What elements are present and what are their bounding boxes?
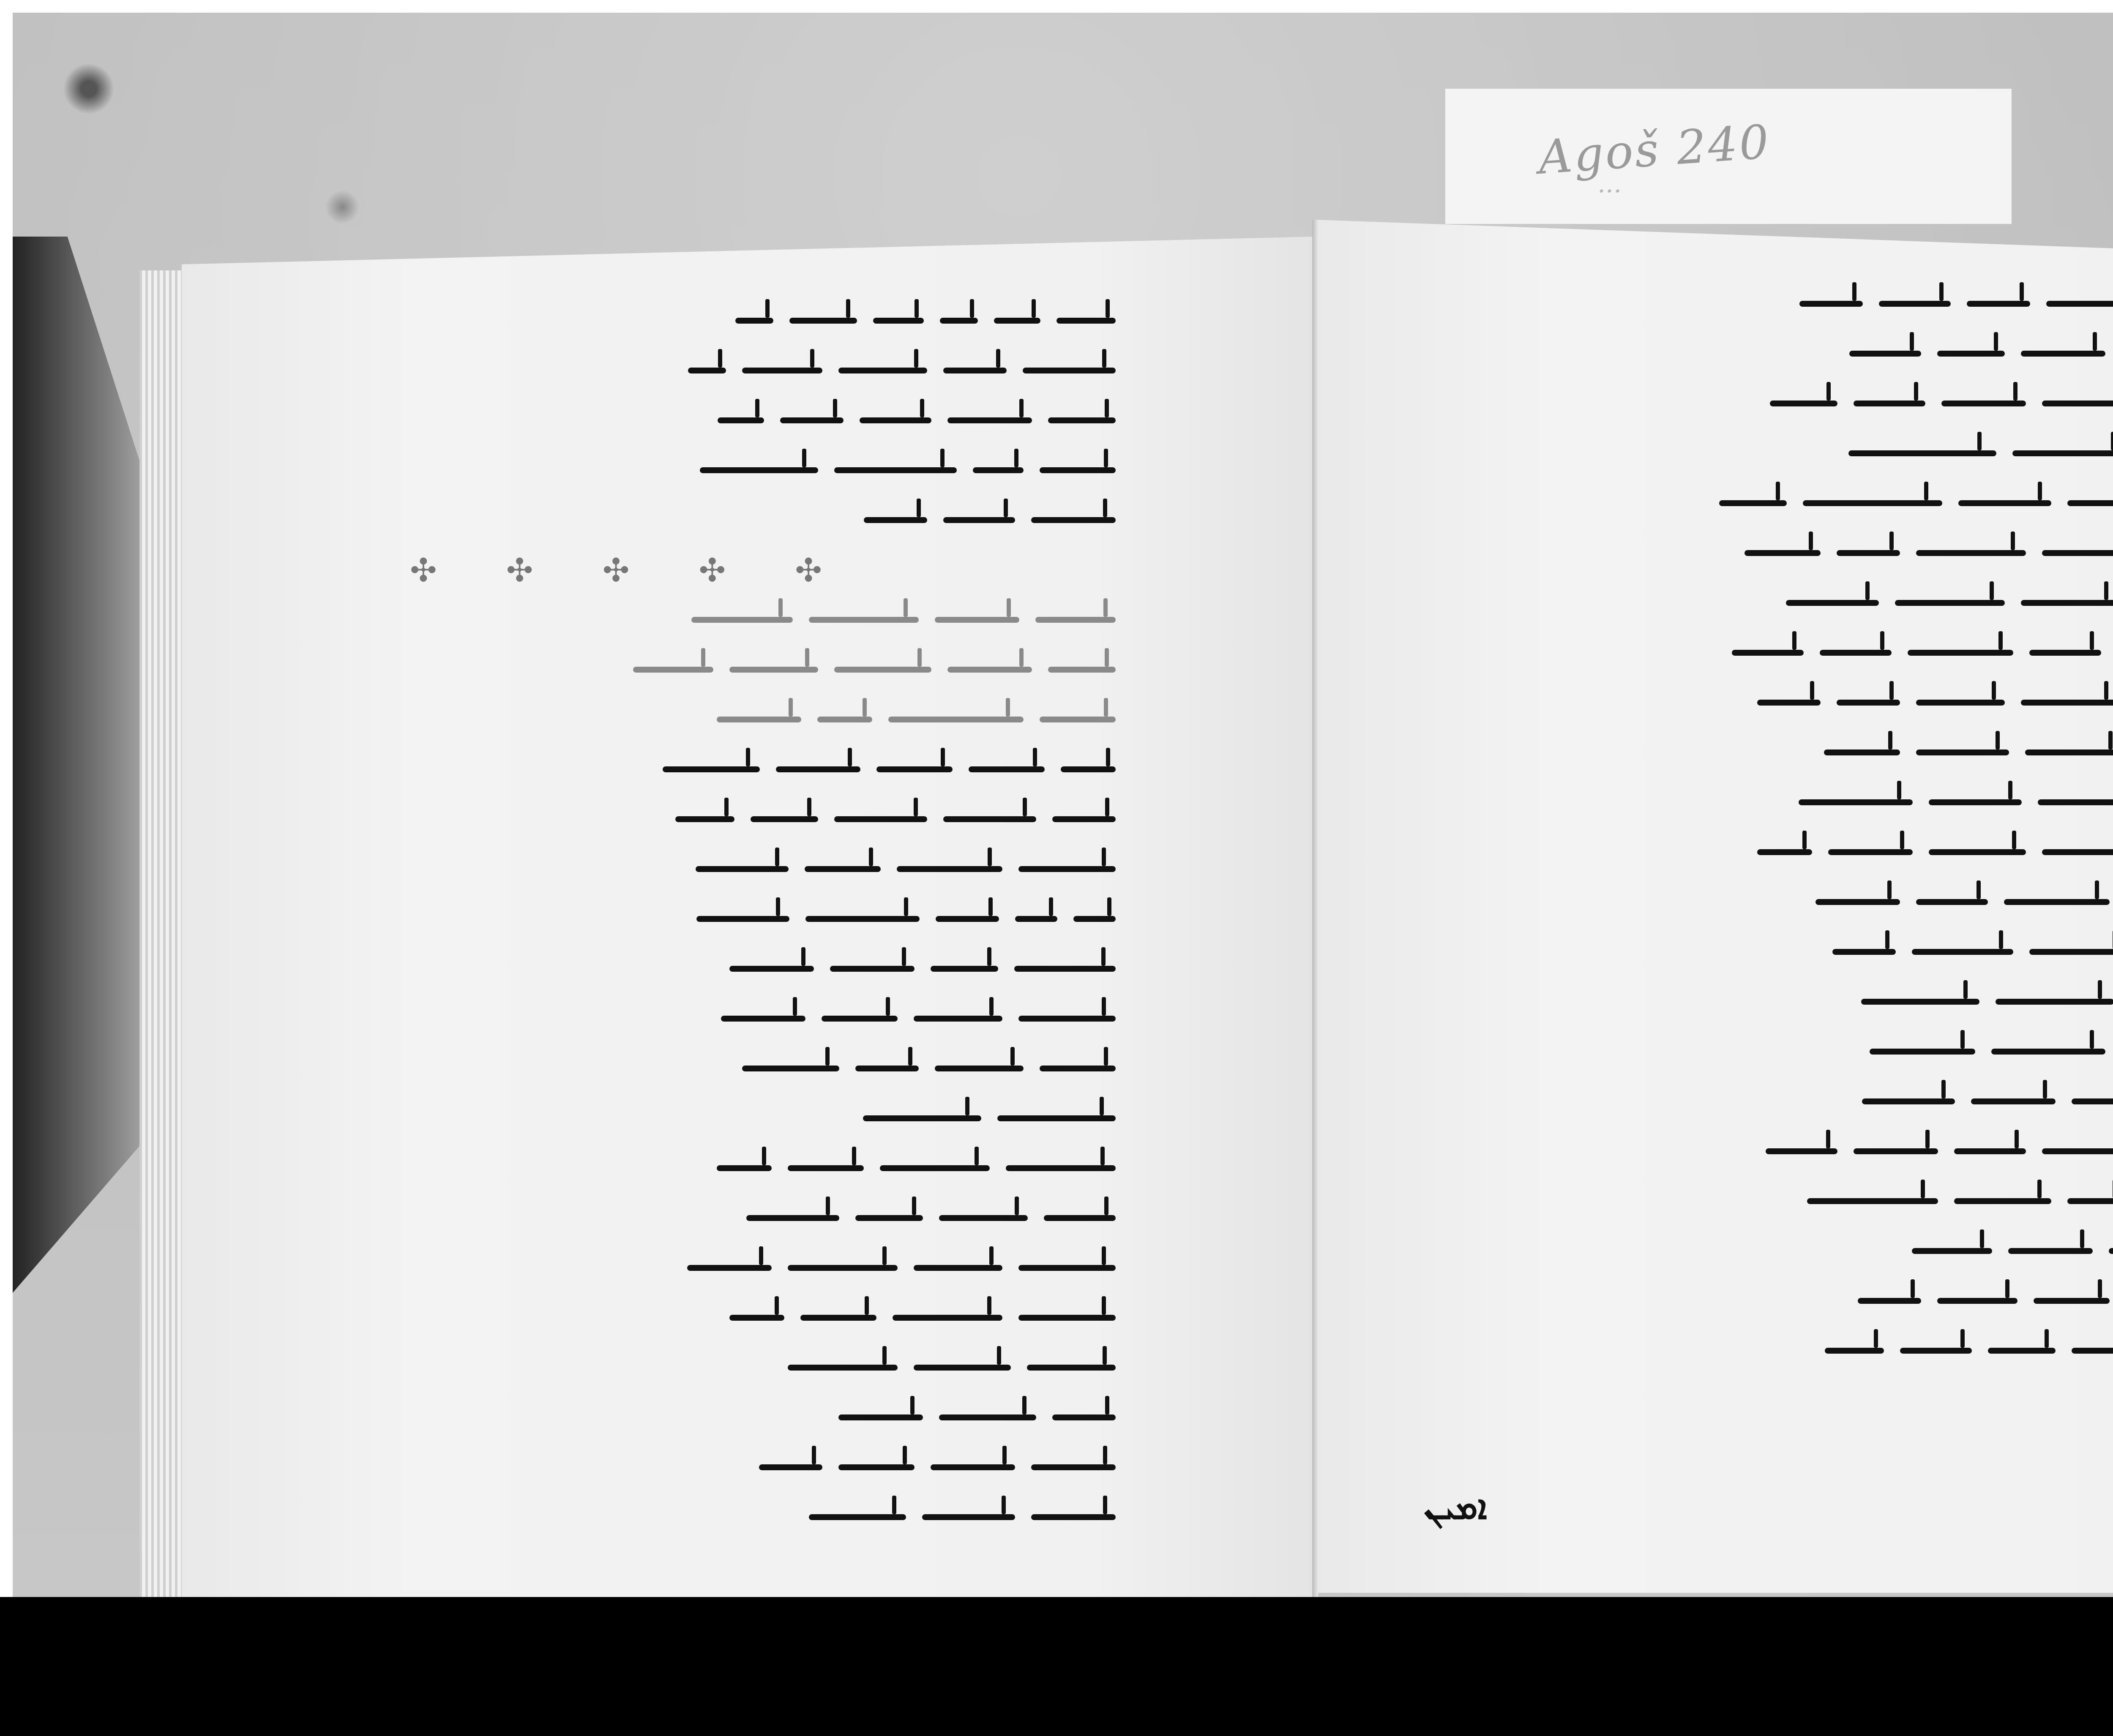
script-word: [935, 1066, 1024, 1071]
manuscript-line: [410, 1343, 1116, 1393]
script-word: [1908, 650, 2013, 656]
script-word: [1015, 916, 1057, 922]
script-word: [1820, 650, 1892, 656]
shelfmark-text: Agoš 240: [1537, 114, 1772, 185]
script-word: [947, 667, 1032, 673]
script-word: [1040, 467, 1116, 473]
manuscript-line: [1407, 528, 2113, 578]
manuscript-line: [410, 445, 1116, 495]
manuscript-line: [1407, 728, 2113, 777]
manuscript-line: [410, 744, 1116, 794]
manuscript-line: [410, 994, 1116, 1044]
script-word: [1757, 849, 1812, 855]
script-word: [729, 966, 814, 972]
script-word: [1023, 368, 1116, 373]
script-word: [935, 617, 1019, 623]
manuscript-line: [1407, 977, 2113, 1027]
script-word: [838, 1464, 915, 1470]
script-word: [914, 1365, 1011, 1371]
script-word: [1954, 1198, 2051, 1204]
script-word: [691, 617, 793, 623]
script-word: [1056, 318, 1116, 324]
script-word: [2034, 1298, 2110, 1304]
script-word: [742, 1066, 839, 1071]
script-word: [696, 916, 789, 922]
script-word: [1958, 500, 2051, 506]
manuscript-line: [1407, 927, 2113, 977]
manuscript-line: [1407, 329, 2113, 379]
manuscript-line: [410, 395, 1116, 445]
script-word: [947, 417, 1032, 423]
script-word: [939, 1215, 1028, 1221]
script-word: [855, 1215, 923, 1221]
manuscript-line: [1407, 428, 2113, 478]
script-word: [897, 866, 1002, 872]
script-word: [1858, 1298, 1921, 1304]
script-word: [1815, 899, 1900, 905]
script-word: [940, 318, 978, 324]
script-word: [939, 1414, 1036, 1420]
manuscript-line: [1407, 777, 2113, 827]
script-word: [2029, 949, 2113, 955]
script-word: [809, 1514, 906, 1520]
script-word: [943, 368, 1007, 373]
script-word: [696, 866, 789, 872]
script-word: [1854, 1148, 1938, 1154]
script-word: [1848, 450, 1996, 456]
script-word: [2021, 700, 2113, 706]
script-word: [2067, 500, 2113, 506]
script-word: [1018, 866, 1116, 872]
script-word: [2038, 799, 2113, 805]
script-word: [1988, 1348, 2056, 1354]
script-word: [2072, 1348, 2113, 1354]
manuscript-line: [410, 645, 1116, 695]
manuscript-line: [1407, 877, 2113, 927]
script-word: [1937, 351, 2005, 357]
right-page-text-block: [1407, 279, 2113, 1376]
script-word: [943, 517, 1015, 523]
script-word: [718, 417, 764, 423]
script-word: [2072, 1098, 2113, 1104]
manuscript-line: [410, 495, 1116, 545]
script-word: [1937, 1298, 2017, 1304]
script-word: [742, 368, 822, 373]
manuscript-line: [410, 595, 1116, 645]
script-word: [931, 1464, 1015, 1470]
script-word: [1861, 999, 1979, 1005]
script-word: [834, 816, 927, 822]
script-word: [969, 766, 1045, 772]
script-word: [1018, 1315, 1116, 1321]
manuscript-line: [410, 1193, 1116, 1243]
script-word: [936, 916, 999, 922]
script-word: [817, 717, 872, 722]
script-word: [746, 1215, 839, 1221]
script-word: [1044, 1215, 1116, 1221]
script-word: [2021, 600, 2113, 606]
script-word: [759, 1464, 822, 1470]
script-word: [914, 1016, 1002, 1022]
left-page-text-block: ✣ ✣ ✣ ✣ ✣: [410, 296, 1116, 1542]
manuscript-line: [410, 1442, 1116, 1492]
script-word: [1954, 1148, 2026, 1154]
script-word: [788, 1365, 898, 1371]
script-word: [789, 318, 857, 324]
script-word: [1770, 401, 1837, 406]
manuscript-line: [410, 1093, 1116, 1143]
script-word: [1031, 517, 1116, 523]
manuscript-line: [1407, 1276, 2113, 1326]
script-word: [863, 1115, 981, 1121]
script-word: [1018, 1016, 1116, 1022]
book-gutter: [1312, 220, 1318, 1622]
script-word: [1061, 766, 1116, 772]
manuscript-line: [410, 1243, 1116, 1293]
script-word: [994, 318, 1040, 324]
script-word: [687, 1265, 772, 1271]
script-word: [735, 318, 773, 324]
script-word: [1052, 1414, 1116, 1420]
script-word: [1967, 301, 2030, 307]
script-word: [1971, 1098, 2056, 1104]
manuscript-line: [410, 1293, 1116, 1343]
script-word: [1048, 667, 1116, 673]
script-word: [1035, 617, 1116, 623]
script-word: [880, 1165, 990, 1171]
script-word: [1040, 717, 1116, 722]
script-word: [780, 417, 844, 423]
script-word: [876, 766, 953, 772]
script-word: [838, 1414, 923, 1420]
script-word: [855, 1066, 919, 1071]
script-word: [1996, 999, 2113, 1005]
script-word: [788, 1165, 864, 1171]
script-word: [2067, 1198, 2113, 1204]
script-word: [2029, 650, 2101, 656]
script-word: [2004, 899, 2110, 905]
script-word: [1837, 550, 1900, 556]
script-word: [1862, 1098, 1955, 1104]
script-word: [2042, 849, 2113, 855]
photo-border-bottom: [0, 1597, 2113, 1736]
script-word: [1031, 1514, 1116, 1520]
script-word: [809, 617, 919, 623]
script-word: [1073, 916, 1116, 922]
script-word: [1895, 600, 2005, 606]
script-word: [2042, 401, 2113, 406]
manuscript-line: [1407, 478, 2113, 528]
script-word: [717, 1165, 772, 1171]
script-word: [1799, 301, 1863, 307]
script-word: [805, 916, 920, 922]
manuscript-line: [410, 1492, 1116, 1542]
script-word: [1870, 1049, 1975, 1055]
script-word: [1048, 417, 1116, 423]
script-word: [1018, 1265, 1116, 1271]
script-word: [943, 816, 1036, 822]
manuscript-line: [1407, 628, 2113, 678]
manuscript-line: [410, 894, 1116, 944]
script-word: [864, 517, 927, 523]
script-word: [1766, 1148, 1837, 1154]
manuscript-line: [1407, 1126, 2113, 1176]
script-word: [1916, 550, 2026, 556]
manuscript-line: [1407, 379, 2113, 428]
script-word: [1732, 650, 1804, 656]
script-word: [2025, 749, 2113, 755]
manuscript-line: [410, 346, 1116, 395]
script-word: [931, 966, 998, 972]
script-word: [1825, 1348, 1884, 1354]
script-word: [888, 717, 1024, 722]
script-word: [2042, 550, 2113, 556]
script-word: [1941, 401, 2026, 406]
script-word: [776, 766, 860, 772]
script-word: [700, 467, 818, 473]
script-word: [838, 368, 927, 373]
script-word: [1824, 749, 1900, 755]
shelfmark-subtext: ...: [1597, 169, 1622, 199]
script-word: [788, 1265, 898, 1271]
script-word: [1052, 816, 1116, 822]
script-word: [1040, 1066, 1116, 1071]
script-word: [675, 816, 734, 822]
script-word: [1991, 1049, 2105, 1055]
script-word: [729, 1315, 784, 1321]
script-word: [873, 318, 924, 324]
manuscript-line: [1407, 578, 2113, 628]
script-word: [1900, 1348, 1972, 1354]
script-word: [1929, 849, 2026, 855]
script-word: [922, 1514, 1015, 1520]
manuscript-line: [1407, 1076, 2113, 1126]
script-word: [2042, 1148, 2113, 1154]
script-word: [1912, 1248, 1992, 1254]
script-word: [1719, 500, 1787, 506]
script-word: [800, 1315, 876, 1321]
script-word: [973, 467, 1024, 473]
script-word: [860, 417, 931, 423]
script-word: [1879, 301, 1951, 307]
script-word: [1757, 700, 1821, 706]
script-word: [805, 866, 881, 872]
script-word: [2021, 351, 2105, 357]
manuscript-line: [410, 1393, 1116, 1442]
manuscript-line: [1407, 279, 2113, 329]
script-word: [830, 966, 915, 972]
script-word: [1916, 749, 2009, 755]
script-word: [1837, 700, 1900, 706]
script-word: [1006, 1165, 1116, 1171]
script-word: [1799, 799, 1913, 805]
manuscript-line: [410, 695, 1116, 744]
ornamental-separator: ✣ ✣ ✣ ✣ ✣: [410, 545, 1116, 595]
script-word: [1027, 1365, 1116, 1371]
script-word: [893, 1315, 1002, 1321]
manuscript-line: [410, 794, 1116, 844]
script-word: [1916, 899, 1988, 905]
script-word: [1854, 401, 1925, 406]
script-word: [1849, 351, 1921, 357]
script-word: [822, 1016, 898, 1022]
script-word: [2008, 1248, 2093, 1254]
script-word: [2109, 1248, 2113, 1254]
script-word: [1014, 966, 1116, 972]
script-word: [1807, 1198, 1938, 1204]
script-word: [1912, 949, 2013, 955]
manuscript-line: [410, 296, 1116, 346]
script-word: [1929, 799, 2022, 805]
script-word: [717, 717, 801, 722]
script-word: [997, 1115, 1116, 1121]
script-word: [663, 766, 760, 772]
manuscript-line: [1407, 827, 2113, 877]
script-word: [688, 368, 726, 373]
script-word: [1916, 700, 2005, 706]
script-word: [729, 667, 818, 673]
script-word: [1744, 550, 1821, 556]
manuscript-line: [410, 944, 1116, 994]
script-word: [721, 1016, 805, 1022]
script-word: [1828, 849, 1913, 855]
script-word: [633, 667, 713, 673]
manuscript-line: [410, 1044, 1116, 1093]
script-word: [2046, 301, 2113, 307]
script-word: [1803, 500, 1942, 506]
script-word: [834, 667, 931, 673]
manuscript-line: [410, 1143, 1116, 1193]
script-word: [1031, 1464, 1116, 1470]
manuscript-line: [1407, 1226, 2113, 1276]
script-word: [914, 1265, 1002, 1271]
script-word: [1786, 600, 1879, 606]
manuscript-line: [1407, 678, 2113, 728]
script-word: [751, 816, 818, 822]
script-word: [834, 467, 957, 473]
shelfmark-label: Agoš 240 ...: [1445, 89, 2012, 224]
page-edges-left: [139, 270, 186, 1631]
closing-word: ܐܡܝܢ: [1424, 1487, 1487, 1527]
manuscript-line: [1407, 1027, 2113, 1076]
manuscript-line: [1407, 1326, 2113, 1376]
script-word: [2012, 450, 2113, 456]
script-word: [1832, 949, 1896, 955]
manuscript-line: [1407, 1176, 2113, 1226]
manuscript-line: [410, 844, 1116, 894]
